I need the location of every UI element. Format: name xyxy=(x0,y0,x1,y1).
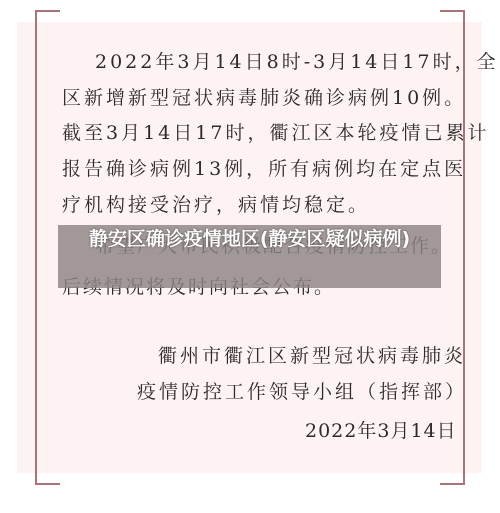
signature-org-line2: 疫情防控工作领导小组（指挥部） xyxy=(137,380,467,404)
frame-corner-top-left xyxy=(35,10,60,12)
overlay-title: 静安区确诊疫情地区(静安区疑似病例) xyxy=(62,226,437,252)
signature-date: 2022年3月14日 xyxy=(305,419,457,443)
frame-corner-top-right xyxy=(440,10,465,12)
frame-corner-bottom-left xyxy=(35,483,60,485)
frame-right-border xyxy=(463,10,465,484)
frame-left-border xyxy=(35,10,37,484)
paragraph-line: 疗机构接受治疗，病情均稳定。 xyxy=(62,193,370,217)
signature-org-line1: 衢州市衢江区新型冠状病毒肺炎 xyxy=(158,344,466,368)
paragraph-line: 报告确诊病例13例，所有病例均在定点医 xyxy=(62,157,438,181)
frame-corner-bottom-right xyxy=(440,483,465,485)
paragraph-line: 截至3月14日17时，衢江区本轮疫情已累计 xyxy=(62,121,438,145)
paragraph-line: 区新增新型冠状病毒肺炎确诊病例10例。 xyxy=(62,86,438,110)
paragraph-line: 2022年3月14日8时-3月14日17时，全 xyxy=(95,50,438,74)
